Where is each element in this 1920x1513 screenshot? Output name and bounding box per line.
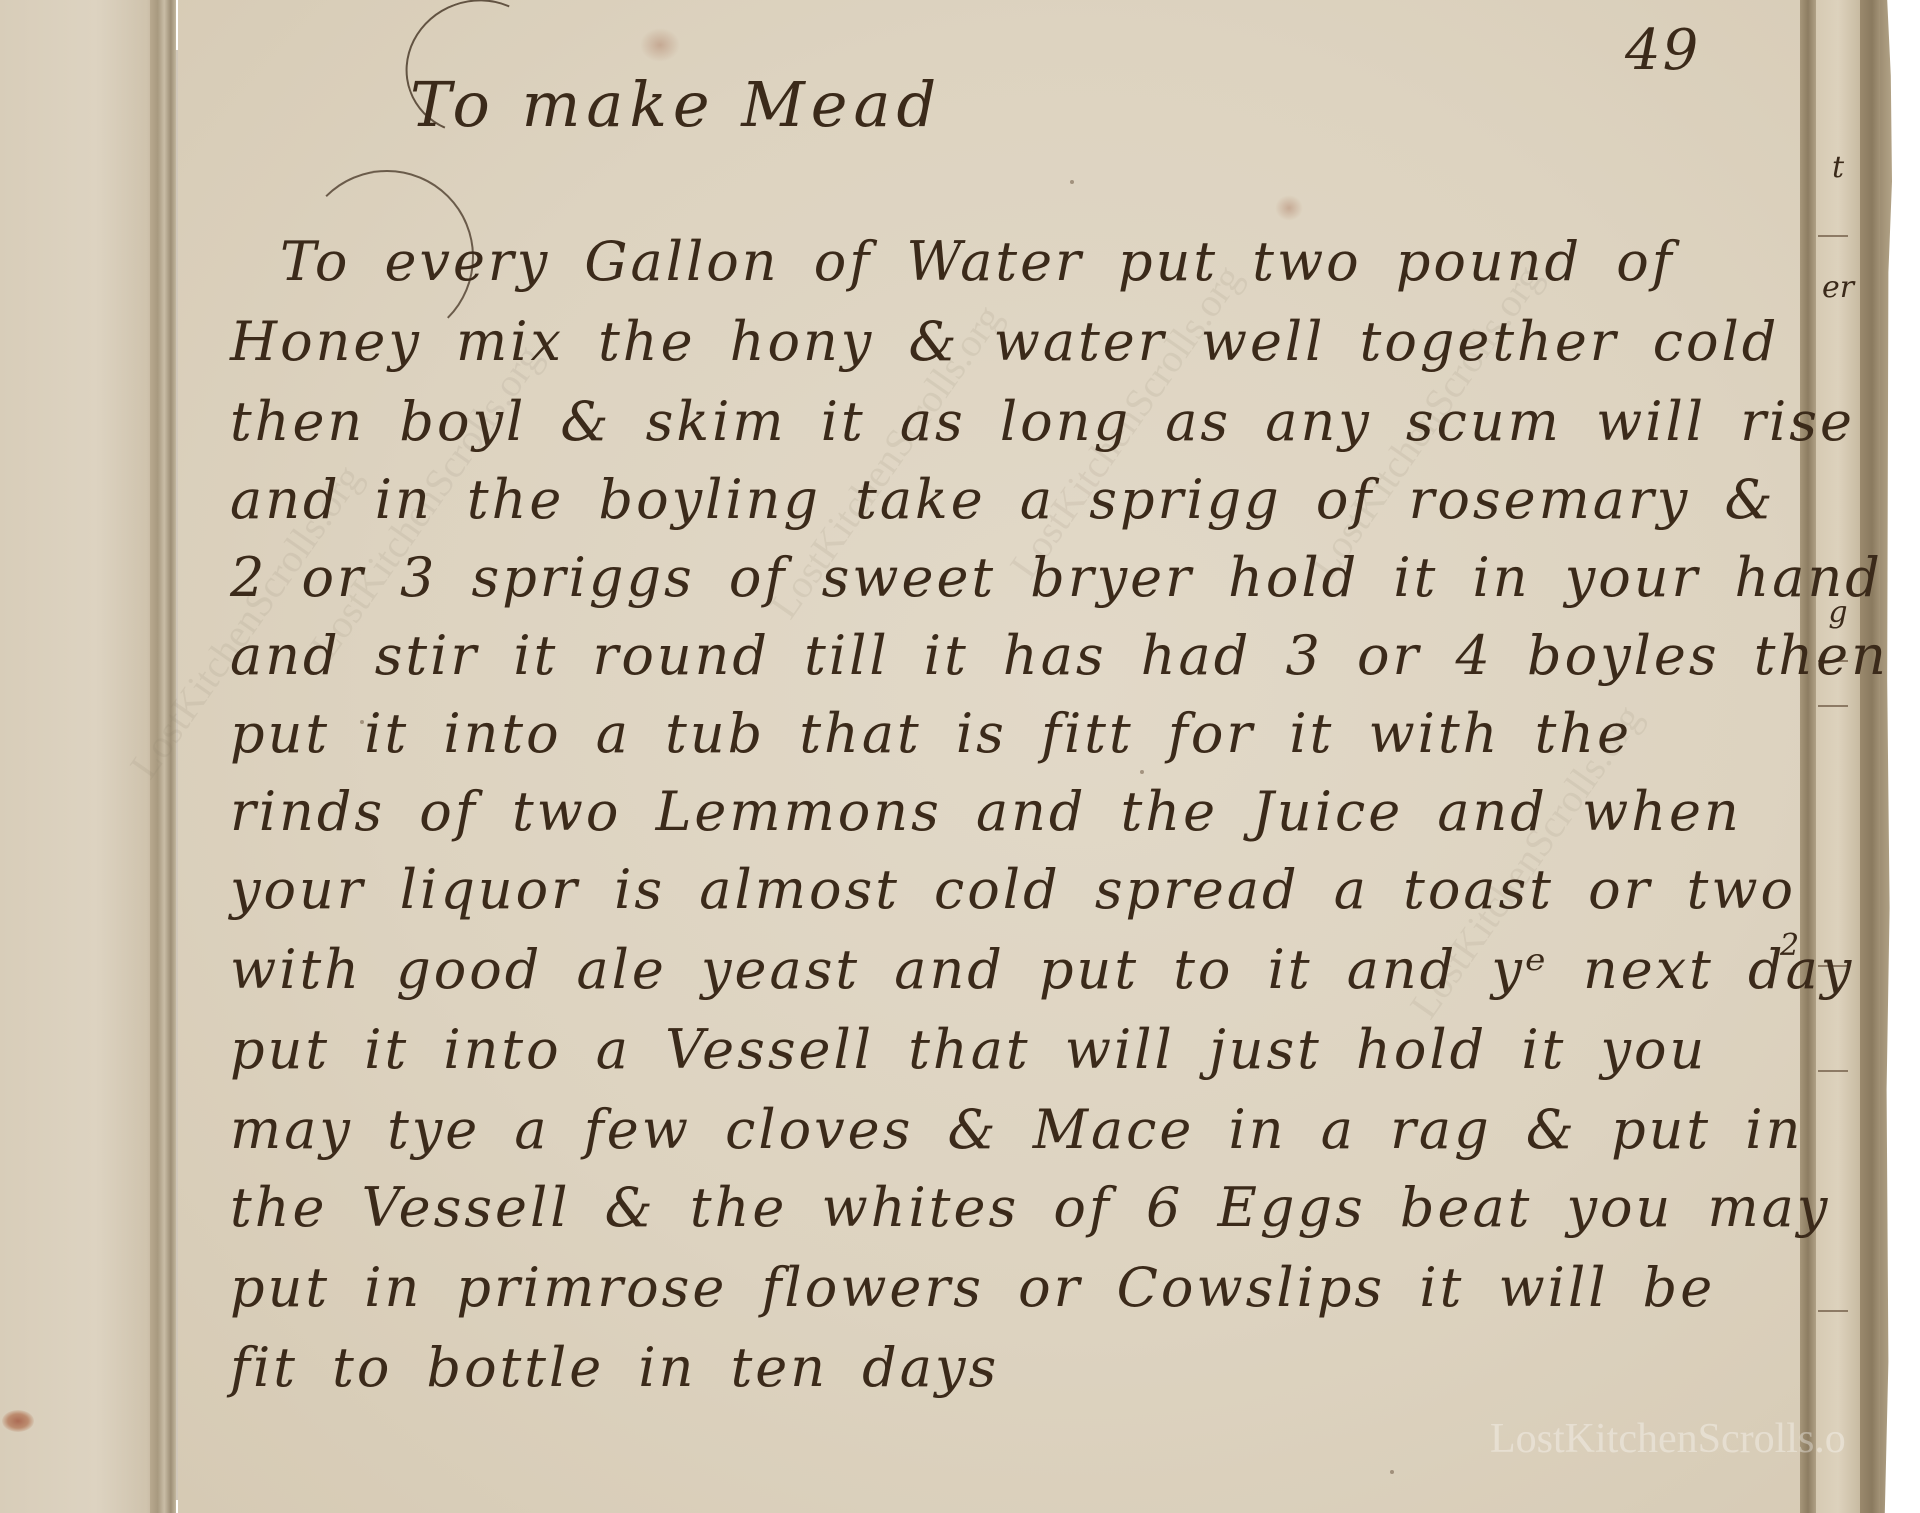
- recipe-line: To every Gallon of Water put two pound o…: [280, 230, 1675, 293]
- margin-rule: [1818, 705, 1848, 707]
- page-edge: [1800, 0, 1816, 1513]
- recipe-line: and stir it round till it has had 3 or 4…: [230, 624, 1889, 687]
- recipe-line: fit to bottle in ten days: [230, 1336, 999, 1399]
- recipe-line: the Vessell & the whites of 6 Eggs beat …: [230, 1176, 1830, 1239]
- margin-fragment: er: [1816, 270, 1860, 305]
- paper-stain: [640, 28, 680, 62]
- manuscript-scan: LostKitchenScrolls.org LostKitchenScroll…: [0, 0, 1920, 1513]
- recipe-line: put it into a tub that is fitt for it wi…: [230, 702, 1632, 765]
- recipe-line: then boyl & skim it as long as any scum …: [230, 390, 1855, 453]
- recipe-title: To make Mead: [410, 68, 942, 141]
- recipe-line: may tye a few cloves & Mace in a rag & p…: [230, 1098, 1803, 1161]
- recipe-line: with good ale yeast and put to it and yᵉ…: [230, 938, 1854, 1001]
- recipe-line: Honey mix the hony & water well together…: [230, 310, 1779, 373]
- recipe-line: put in primrose flowers or Cowslips it w…: [230, 1256, 1715, 1319]
- recipe-line: and in the boyling take a sprigg of rose…: [230, 468, 1776, 531]
- paper-speck: [1140, 770, 1144, 774]
- torn-edge: [1880, 0, 1892, 1513]
- paper-speck: [1390, 1470, 1394, 1474]
- marginal-superscript: 2: [1780, 928, 1799, 963]
- margin-fragment: t: [1816, 150, 1860, 185]
- recipe-line: put it into a Vessell that will just hol…: [230, 1018, 1707, 1081]
- margin-rule: [1818, 235, 1848, 237]
- recipe-line: 2 or 3 spriggs of sweet bryer hold it in…: [230, 546, 1883, 609]
- margin-rule: [1818, 1070, 1848, 1072]
- paper-speck: [1070, 180, 1074, 184]
- paper-stain: [1275, 195, 1303, 221]
- recipe-line: your liquor is almost cold spread a toas…: [230, 858, 1796, 921]
- margin-rule: [1818, 1310, 1848, 1312]
- corner-watermark: LostKitchenScrolls.o: [1490, 1415, 1846, 1463]
- recipe-line: rinds of two Lemmons and the Juice and w…: [230, 780, 1742, 843]
- stain-mark: [2, 1410, 34, 1432]
- page-number: 49: [1625, 18, 1700, 83]
- page-edge: [1860, 0, 1880, 1513]
- next-page-sliver: [1816, 0, 1860, 1513]
